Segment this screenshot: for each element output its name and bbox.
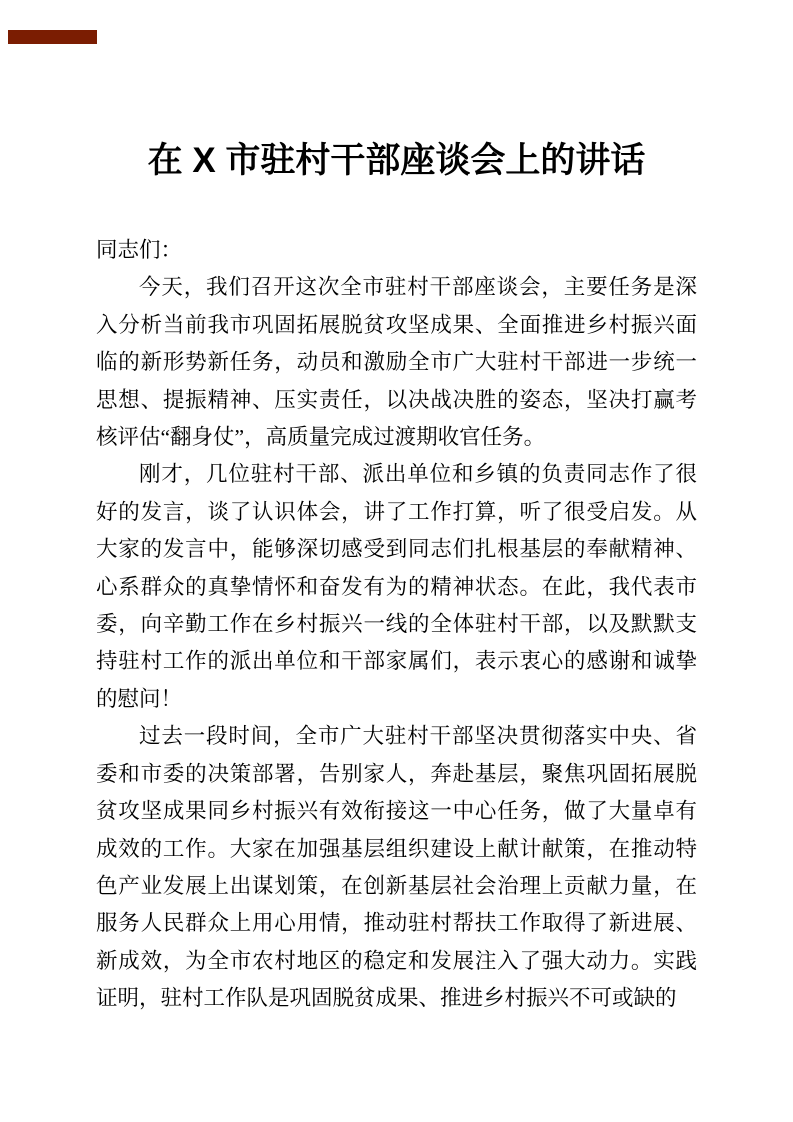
paragraph: 今天，我们召开这次全市驻村干部座谈会，主要任务是深入分析当前我市巩固拓展脱贫攻坚… [96,269,697,456]
salutation-line: 同志们： [96,232,697,269]
document-page: 在 X 市驻村干部座谈会上的讲话 同志们： 今天，我们召开这次全市驻村干部座谈会… [0,0,793,1122]
document-title: 在 X 市驻村干部座谈会上的讲话 [0,137,793,185]
paragraph-list: 今天，我们召开这次全市驻村干部座谈会，主要任务是深入分析当前我市巩固拓展脱贫攻坚… [96,269,697,1017]
paragraph: 刚才，几位驻村干部、派出单位和乡镇的负责同志作了很好的发言，谈了认识体会，讲了工… [96,456,697,718]
top-left-red-bar [8,30,97,44]
document-body: 同志们： 今天，我们召开这次全市驻村干部座谈会，主要任务是深入分析当前我市巩固拓… [96,232,697,1018]
paragraph: 过去一段时间，全市广大驻村干部坚决贯彻落实中央、省委和市委的决策部署，告别家人，… [96,718,697,1017]
